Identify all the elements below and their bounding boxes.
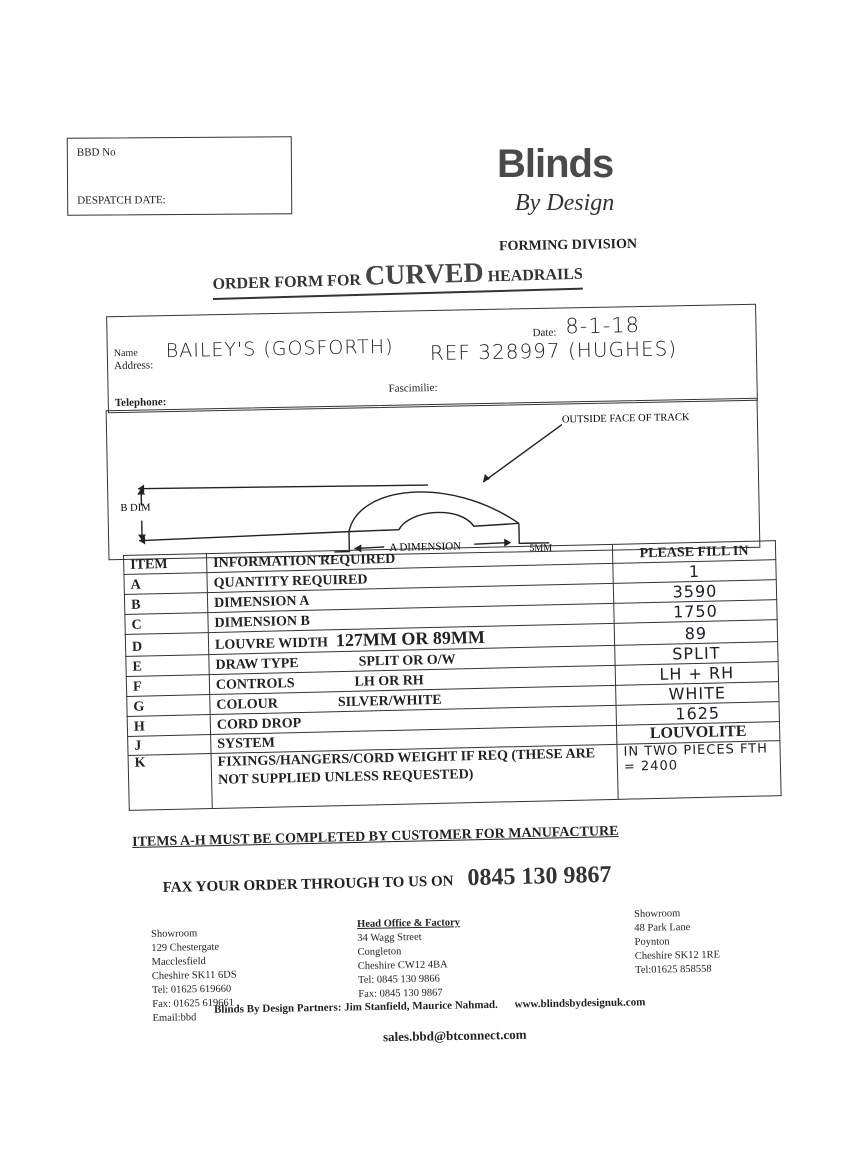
address-line: Showroom xyxy=(151,927,236,942)
info-label: CONTROLS xyxy=(216,676,295,693)
info-label: COLOUR xyxy=(216,697,278,713)
info-options: 127MM OR 89MM xyxy=(336,627,485,650)
address-line: 48 Park Lane xyxy=(634,921,719,936)
info-options: SPLIT OR O/W xyxy=(358,652,455,669)
item-code: H xyxy=(127,715,210,737)
website-link[interactable]: www.blindsbydesignuk.com xyxy=(515,996,646,1010)
bbd-no-label: BBD No xyxy=(77,146,116,158)
bbd-box: BBD No DESPATCH DATE: xyxy=(67,136,293,216)
address-line: Cheshire SK11 6DS xyxy=(152,969,237,984)
info-label: DIMENSION B xyxy=(214,614,310,631)
item-code: B xyxy=(124,593,207,615)
address-line: Macclesfield xyxy=(151,955,236,970)
showroom-poynton-address: Showroom48 Park LanePoyntonCheshire SK12… xyxy=(634,907,720,978)
customer-box: Name Address: BAILEY'S (GOSFORTH) Date: … xyxy=(106,304,758,413)
info-label: QUANTITY REQUIRED xyxy=(213,572,367,590)
item-code: F xyxy=(126,675,209,697)
outside-face-label: OUTSIDE FACE OF TRACK xyxy=(562,412,690,425)
item-code: C xyxy=(125,613,208,635)
info-label: LOUVRE WIDTH xyxy=(215,635,328,653)
reference-field[interactable]: REF 328997 (HUGHES) xyxy=(430,336,678,365)
address-line: Cheshire SK12 1RE xyxy=(635,949,720,964)
date-label: Date: xyxy=(532,327,556,339)
partners-line: Blinds By Design Partners: Jim Stanfield… xyxy=(214,996,646,1016)
address-line: Poynton xyxy=(634,935,719,950)
address-label: Address: xyxy=(114,359,153,372)
partners-text: Blinds By Design Partners: Jim Stanfield… xyxy=(214,999,498,1016)
address-line: 129 Chestergate xyxy=(151,941,236,956)
info-label: FIXINGS/HANGERS/CORD WEIGHT IF REQ (THES… xyxy=(218,746,596,788)
item-code: G xyxy=(127,695,210,717)
logo-division: FORMING DIVISION xyxy=(499,237,637,255)
info-label: DIMENSION A xyxy=(214,594,310,611)
info-label: CORD DROP xyxy=(217,716,302,733)
fax-number: 0845 130 9867 xyxy=(467,862,612,891)
page-title: ORDER FORM FOR CURVED HEADRAILS xyxy=(212,255,583,300)
head-office-address: Head Office & Factory 34 Wagg StreetCong… xyxy=(357,916,461,1002)
info-options: LH OR RH xyxy=(354,673,424,690)
info-label: DRAW TYPE xyxy=(215,656,298,673)
info-label: SYSTEM xyxy=(217,736,275,752)
title-prefix: ORDER FORM FOR xyxy=(212,272,361,293)
address-line: Showroom xyxy=(634,907,719,922)
header-item: ITEM xyxy=(124,554,207,575)
telephone-label: Telephone: xyxy=(115,396,167,409)
address-line: Tel:01625 858558 xyxy=(635,963,720,978)
info-options: SILVER/WHITE xyxy=(338,693,442,710)
item-code: D xyxy=(125,633,208,657)
email-link[interactable]: sales.bbd@btconnect.com xyxy=(383,1027,527,1046)
fill-in-value[interactable]: IN TWO PIECES FTH = 2400 xyxy=(617,741,781,800)
diagram-box: OUTSIDE FACE OF TRACK B DIM A DIMENSION … xyxy=(106,398,761,560)
item-code: K xyxy=(128,754,212,811)
date-field[interactable]: 8-1-18 xyxy=(565,313,640,338)
item-code: J xyxy=(128,735,211,756)
fax-line: FAX YOUR ORDER THROUGH TO US ON 0845 130… xyxy=(162,862,611,899)
name-field[interactable]: BAILEY'S (GOSFORTH) xyxy=(166,336,394,362)
curved-headrail-diagram: OUTSIDE FACE OF TRACK B DIM A DIMENSION … xyxy=(107,399,762,561)
logo-brand: Blinds xyxy=(497,142,613,187)
order-table: ITEM INFORMATION REQUIRED PLEASE FILL IN… xyxy=(123,540,782,811)
facsimile-label: Fascimilie: xyxy=(388,382,437,395)
title-suffix: HEADRAILS xyxy=(487,266,583,286)
item-code: A xyxy=(124,573,207,595)
head-office-heading: Head Office & Factory xyxy=(357,916,460,932)
item-code: E xyxy=(126,655,209,677)
despatch-date-label: DESPATCH DATE: xyxy=(77,194,166,207)
logo-tagline: By Design xyxy=(515,190,614,217)
fax-label: FAX YOUR ORDER THROUGH TO US ON xyxy=(163,873,454,896)
address-line: Cheshire CW12 4BA xyxy=(358,958,461,974)
item-info: FIXINGS/HANGERS/CORD WEIGHT IF REQ (THES… xyxy=(211,744,618,808)
b-dim-label: B DIM xyxy=(120,502,151,514)
name-label: Name xyxy=(114,348,138,359)
address-line: Tel: 01625 619660 xyxy=(152,983,237,998)
title-emphasis: CURVED xyxy=(364,257,484,291)
completion-notice: ITEMS A-H MUST BE COMPLETED BY CUSTOMER … xyxy=(132,824,619,851)
